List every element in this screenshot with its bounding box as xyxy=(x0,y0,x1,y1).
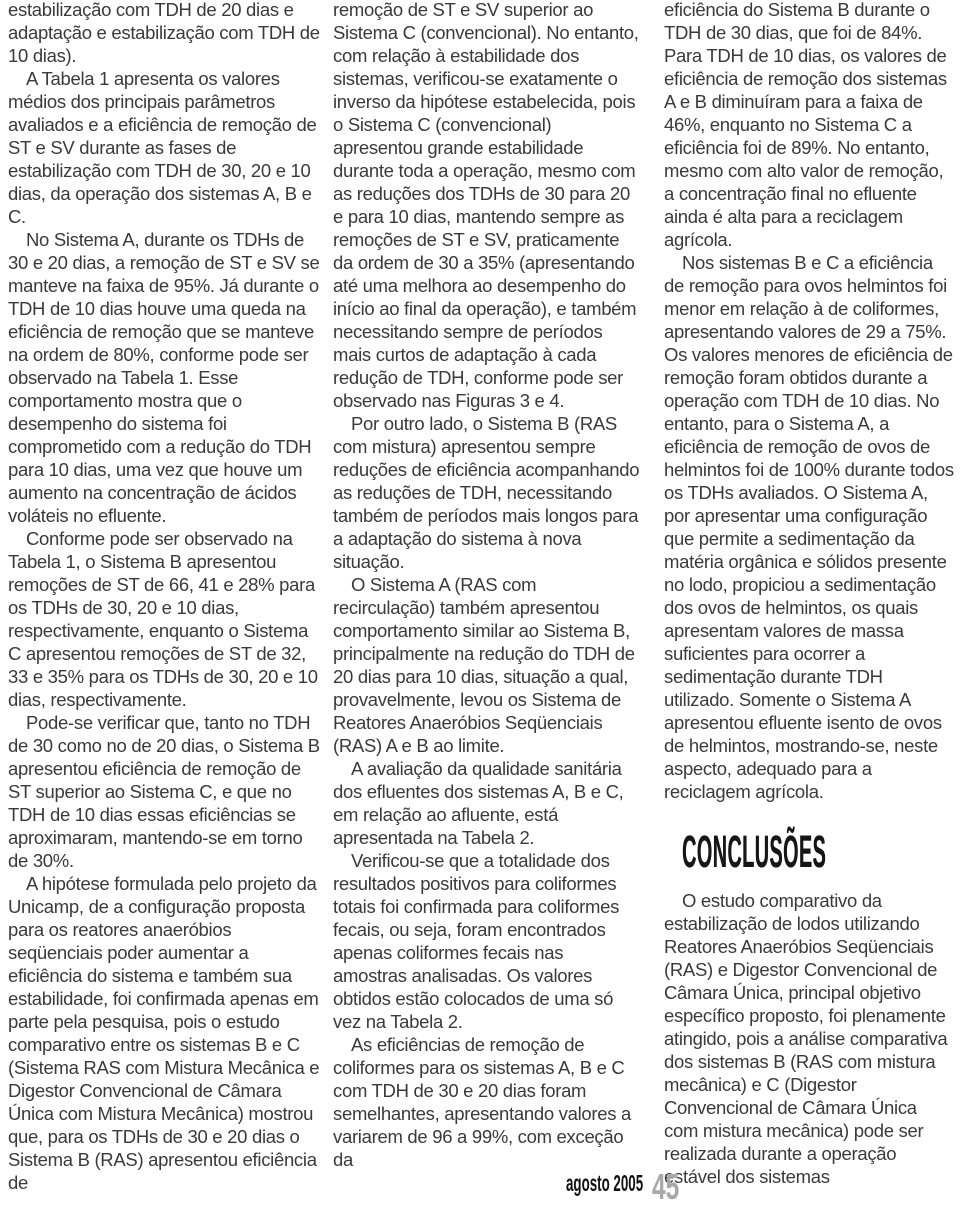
paragraph: A hipótese formulada pelo projeto da Uni… xyxy=(8,872,321,1194)
paragraph: O Sistema A (RAS com recirculação) també… xyxy=(333,573,641,757)
paragraph: As eficiências de remoção de coliformes … xyxy=(333,1033,641,1171)
text-column-2: remoção de ST e SV superior ao Sistema C… xyxy=(333,0,641,1171)
paragraph: estabilização com TDH de 20 dias e adapt… xyxy=(8,0,321,67)
text-column-1: estabilização com TDH de 20 dias e adapt… xyxy=(8,0,321,1194)
paragraph: No Sistema A, durante os TDHs de 30 e 20… xyxy=(8,228,321,527)
paragraph: Conforme pode ser observado na Tabela 1,… xyxy=(8,527,321,711)
page-number: 45 xyxy=(652,1166,679,1205)
paragraph: Por outro lado, o Sistema B (RAS com mis… xyxy=(333,412,641,573)
paragraph: Verificou-se que a totalidade dos result… xyxy=(333,849,641,1033)
paragraph: remoção de ST e SV superior ao Sistema C… xyxy=(333,0,641,412)
section-heading-text: CONCLUSÕES xyxy=(682,834,826,869)
paragraph: A avaliação da qualidade sanitária dos e… xyxy=(333,757,641,849)
paragraph: O estudo comparativo da estabilização de… xyxy=(664,889,955,1188)
section-heading: CONCLUSÕES xyxy=(682,834,955,869)
paragraph: Pode-se verificar que, tanto no TDH de 3… xyxy=(8,711,321,872)
journal-article-page: estabilização com TDH de 20 dias e adapt… xyxy=(0,0,960,1205)
issue-date: agosto 2005 xyxy=(566,1170,643,1197)
text-column-3: eficiência do Sistema B durante o TDH de… xyxy=(664,0,955,1188)
paragraph: eficiência do Sistema B durante o TDH de… xyxy=(664,0,955,251)
paragraph: A Tabela 1 apresenta os valores médios d… xyxy=(8,67,321,228)
paragraph: Nos sistemas B e C a eficiência de remoç… xyxy=(664,251,955,803)
